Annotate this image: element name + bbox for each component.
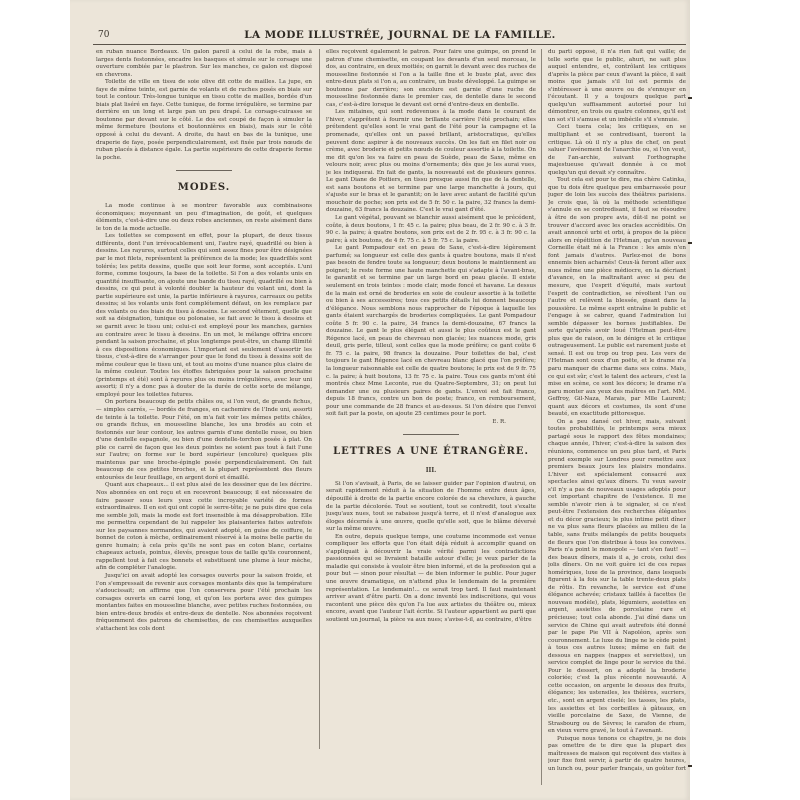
paragraph: En outre, depuis quelque temps, une cout… [326, 534, 536, 625]
paragraph: Le gant Pompadour est en peau de Saxe, c… [326, 245, 536, 419]
author-signature: E. R. [326, 419, 536, 427]
column-divider-2 [541, 49, 542, 785]
paragraph: du parti opposé, il n'a rien fait qui va… [548, 49, 686, 124]
paragraph: On portera beaucoup de petits châles ou,… [96, 399, 312, 482]
paragraph: Les mitaines, qui sont redevenues à la m… [326, 109, 536, 215]
section-rule [403, 434, 459, 435]
paragraph: Toilette de ville en tissu de soie olive… [96, 79, 312, 162]
paragraph: Les toilettes se composent en effet, pou… [96, 233, 312, 399]
binding-mark [688, 242, 692, 244]
binding-mark [688, 765, 692, 767]
paragraph: Quant aux chapeaux... il est plus aisé d… [96, 482, 312, 573]
paragraph: en ruban nuance Bordeaux. Un galon parei… [96, 49, 312, 79]
section-rule [176, 170, 232, 171]
column-divider-1 [319, 49, 320, 749]
paragraph: Puisque nous tenons ce chapitre, je ne d… [548, 736, 686, 773]
paragraph: elles reçoivent également le patron. Pou… [326, 49, 536, 109]
binding-mark [688, 97, 692, 99]
paragraph: Le gant végétal, pouvant se blanchir aus… [326, 215, 536, 245]
paragraph: Jusqu'ici on avait adopté les corsages o… [96, 573, 312, 633]
paragraph: On a peu dansé cet hiver, mais, suivant … [548, 419, 686, 736]
paragraph: La mode continue à se montrer favorable … [96, 203, 312, 233]
section-title-modes: MODES. [96, 181, 312, 195]
section-number: III. [326, 467, 536, 475]
page-number: 70 [98, 30, 109, 40]
header-rule [93, 44, 686, 45]
section-title-lettres: LETTRES A UNE ÉTRANGÈRE. [326, 445, 536, 459]
column-3: du parti opposé, il n'a rien fait qui va… [548, 49, 686, 773]
column-2: elles reçoivent également le patron. Pou… [326, 49, 536, 785]
paragraph: Tout cela est pour te dire, ma chère Cat… [548, 177, 686, 419]
column-1: en ruban nuance Bordeaux. Un galon parei… [96, 49, 312, 743]
running-title: LA MODE ILLUSTRÉE, JOURNAL DE LA FAMILLE… [180, 29, 620, 41]
paragraph: Ceci tuera cela; les critiques, en se mu… [548, 124, 686, 177]
paragraph: Si l'on s'avisait, à Paris, de se laisse… [326, 481, 536, 534]
